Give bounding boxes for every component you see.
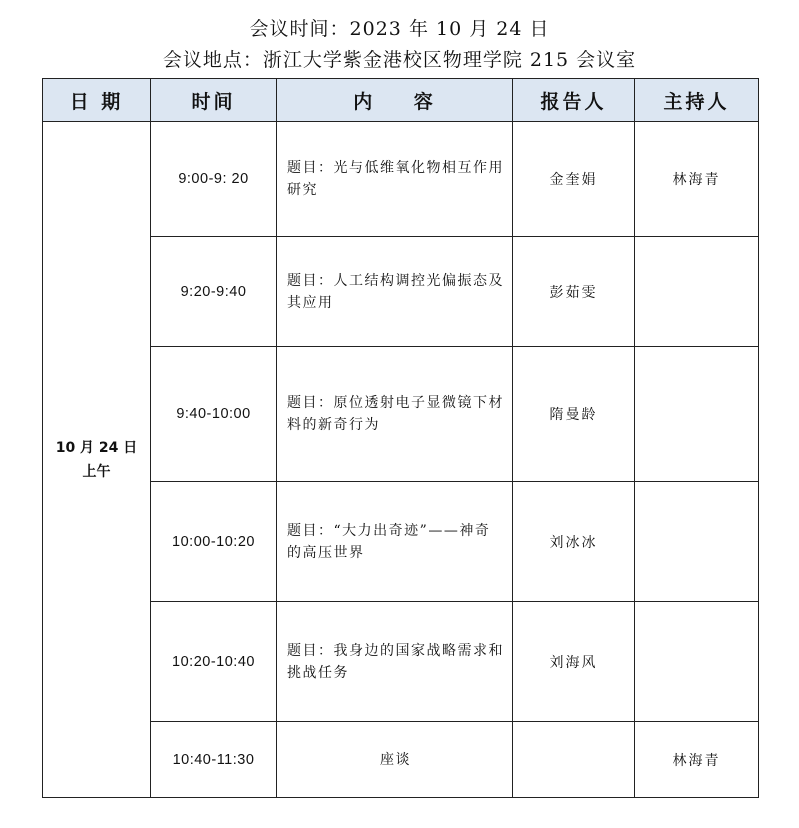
schedule-table: 日 期 时间 内 容 报告人 主持人 10 月 24 日 上午 9:00-9: … xyxy=(42,78,759,798)
content-cell: 题目：“大力出奇迹”——神奇的高压世界 xyxy=(277,482,513,602)
content-cell: 座谈 xyxy=(277,722,513,798)
speaker-cell: 刘海风 xyxy=(513,602,635,722)
column-header-content: 内 容 xyxy=(277,79,513,122)
host-cell xyxy=(635,602,759,722)
host-cell xyxy=(635,482,759,602)
time-cell: 10:40-11:30 xyxy=(151,722,277,798)
table-header-row: 日 期 时间 内 容 报告人 主持人 xyxy=(43,79,759,122)
column-header-time: 时间 xyxy=(151,79,277,122)
speaker-cell: 隋曼龄 xyxy=(513,347,635,482)
host-cell xyxy=(635,237,759,347)
content-cell: 题目：人工结构调控光偏振态及其应用 xyxy=(277,237,513,347)
speaker-cell xyxy=(513,722,635,798)
speaker-cell: 金奎娟 xyxy=(513,122,635,237)
speaker-cell: 刘冰冰 xyxy=(513,482,635,602)
date-period: 上午 xyxy=(43,460,150,484)
table-row: 9:20-9:40 题目：人工结构调控光偏振态及其应用 彭茹雯 xyxy=(43,237,759,347)
host-cell: 林海青 xyxy=(635,722,759,798)
time-cell: 9:40-10:00 xyxy=(151,347,277,482)
date-cell: 10 月 24 日 上午 xyxy=(43,122,151,798)
time-cell: 10:00-10:20 xyxy=(151,482,277,602)
content-cell: 题目：我身边的国家战略需求和挑战任务 xyxy=(277,602,513,722)
time-cell: 9:20-9:40 xyxy=(151,237,277,347)
content-cell: 题目：光与低维氧化物相互作用研究 xyxy=(277,122,513,237)
host-cell xyxy=(635,347,759,482)
table-row: 9:40-10:00 题目：原位透射电子显微镜下材料的新奇行为 隋曼龄 xyxy=(43,347,759,482)
meeting-location: 会议地点：浙江大学紫金港校区物理学院 215 会议室 xyxy=(0,45,799,72)
date-day: 10 月 24 日 xyxy=(43,436,150,460)
column-header-date: 日 期 xyxy=(43,79,151,122)
speaker-cell: 彭茹雯 xyxy=(513,237,635,347)
content-cell: 题目：原位透射电子显微镜下材料的新奇行为 xyxy=(277,347,513,482)
host-cell: 林海青 xyxy=(635,122,759,237)
column-header-speaker: 报告人 xyxy=(513,79,635,122)
table-row: 10 月 24 日 上午 9:00-9: 20 题目：光与低维氧化物相互作用研究… xyxy=(43,122,759,237)
table-row: 10:40-11:30 座谈 林海青 xyxy=(43,722,759,798)
time-cell: 9:00-9: 20 xyxy=(151,122,277,237)
meeting-time: 会议时间：2023 年 10 月 24 日 xyxy=(0,14,799,41)
column-header-host: 主持人 xyxy=(635,79,759,122)
time-cell: 10:20-10:40 xyxy=(151,602,277,722)
table-row: 10:00-10:20 题目：“大力出奇迹”——神奇的高压世界 刘冰冰 xyxy=(43,482,759,602)
table-row: 10:20-10:40 题目：我身边的国家战略需求和挑战任务 刘海风 xyxy=(43,602,759,722)
